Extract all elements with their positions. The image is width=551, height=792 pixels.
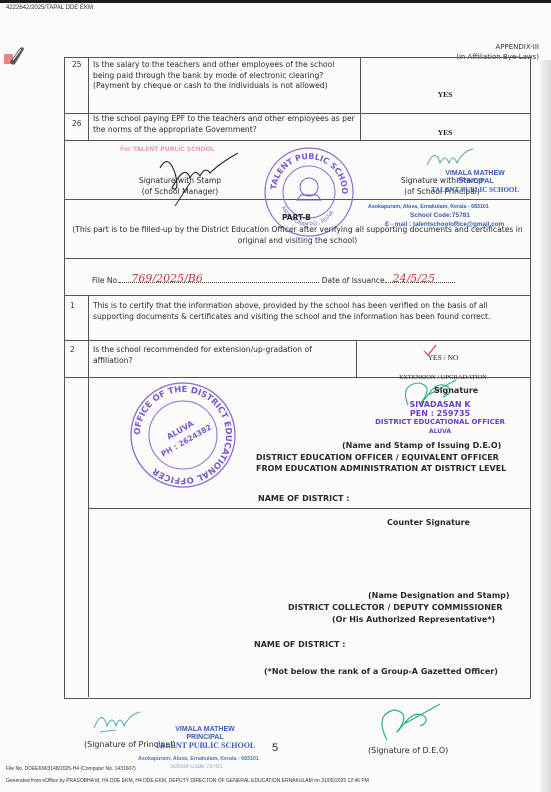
principal-stamp-title: PRINCIPAL [380,178,540,186]
footer-principal-signature-scribble [92,706,142,734]
tapal-reference: 4222642/2025/TAPAL DDE EKM [6,5,93,11]
collector-line1: DISTRICT COLLECTOR / DEPUTY COMMISSIONER [288,603,503,614]
svg-text:OFFICE OF THE DISTRICT EDUCATI: OFFICE OF THE DISTRICT EDUCATIONAL OFFIC… [133,385,233,485]
principal-stamp-code: School Code:75781 [410,212,470,219]
deo-name-stamp-label: (Name and Stamp of Issuing D.E.O) [342,441,501,452]
row-answer: YES [360,90,530,101]
row-number: 1 [70,301,75,312]
deo-signature-label: Signature [434,386,478,397]
appendix-title: APPENDIX-III [456,42,539,52]
date-value: 24/5/25 [393,274,435,285]
footer-deo-label: (Signature of D.E.O) [368,746,448,757]
row-answer: YES [360,128,530,139]
deo-stamp-place: ALUVA [360,427,520,436]
part-b-instruction: (This part is to be filled-up by the Dis… [70,225,525,246]
row-number: 26 [72,119,82,130]
principal-stamp-name: VIMALA MATHEW [380,170,540,178]
footer-stamp-school: TALENT PUBLIC SCHOOL [150,742,260,750]
row-divider [64,140,530,141]
part-b-title: PART-B [282,213,311,224]
row-number: 2 [70,345,75,356]
row-question: Is the salary to the teachers and other … [93,60,358,92]
footer-stamp-code: School Code:75781 [170,764,223,770]
row-question: Is the school paying EPF to the teachers… [93,114,361,135]
recommendation-question: Is the school recommended for extension/… [93,345,353,366]
manager-signature-label: Signature with Stamp (of School Manager) [100,176,260,197]
row-divider [88,508,530,509]
footer-stamp-name: VIMALA MATHEW [150,726,260,734]
pin-icon [4,44,26,68]
generated-line: Generated from eOffice by PRASOBHA M, H4… [6,778,369,784]
col-divider [88,57,89,140]
page-number: 5 [272,742,278,754]
footer-stamp-address: Asokapuram, Aluva, Ernakulam, Kerala - 6… [138,756,259,762]
svg-text:TALENT PUBLIC SCHOOL: TALENT PUBLIC SCHOOL [262,145,349,195]
name-designation-label: (Name Designation and Stamp) [368,591,510,602]
principal-signature-scribble [425,145,475,170]
scan-top-bar [0,0,551,3]
counter-signature-label: Counter Signature [387,518,470,529]
deo-stamp-name: SIVADASAN K [360,400,520,409]
deo-officer-line2: FROM EDUCATION ADMINISTRATION AT DISTRIC… [256,464,506,475]
certification-text: This is to certify that the information … [93,301,525,322]
deo-officer-line1: DISTRICT EDUCATION OFFICER / EQUIVALENT … [256,453,499,464]
manager-label-line1: Signature with Stamp [100,176,260,187]
counter-district-label: NAME OF DISTRICT : [254,640,345,651]
collector-line2: (Or His Authorized Representative*) [332,615,495,626]
deo-stamp-title: DISTRICT EDUCATIONAL OFFICER [360,418,520,427]
file-number-value: 769/2025/B6 [131,274,202,285]
recommendation-answer: YES / NO [356,353,530,364]
deo-district-label: NAME OF DISTRICT : [258,494,349,505]
gazetted-note: (*Not below the rank of a Group-A Gazett… [264,667,498,678]
deo-office-seal: OFFICE OF THE DISTRICT EDUCATIONAL OFFIC… [128,380,238,490]
row-divider [64,340,530,341]
scan-right-edge [540,60,551,792]
file-number-label: File No. [92,276,119,285]
file-number-field: File No.769/2025/B6 Date of Issuance24/5… [92,276,455,287]
principal-stamp: VIMALA MATHEW PRINCIPAL TALENT PUBLIC SC… [380,170,540,194]
row-number: 25 [72,60,82,71]
footer-deo-signature-scribble [372,700,442,745]
col-divider [88,295,89,697]
footer-principal-stamp: VIMALA MATHEW PRINCIPAL TALENT PUBLIC SC… [150,726,260,750]
date-label: Date of Issuance [322,276,385,285]
deo-stamp: SIVADASAN K PEN : 259735 DISTRICT EDUCAT… [360,400,520,436]
principal-stamp-address: Asokapuram, Aluva, Ernakulam, Kerala - 6… [368,204,489,210]
deo-stamp-pen: PEN : 259735 [360,409,520,418]
checkmark-icon [422,343,438,357]
row-divider [64,258,530,259]
row-divider [64,295,530,296]
principal-stamp-school: TALENT PUBLIC SCHOOL [380,186,540,194]
manager-label-line2: (of School Manager) [100,187,260,198]
file-reference-line: File No. DDEEKM/3148/2025-H4 (Computer N… [6,766,136,772]
